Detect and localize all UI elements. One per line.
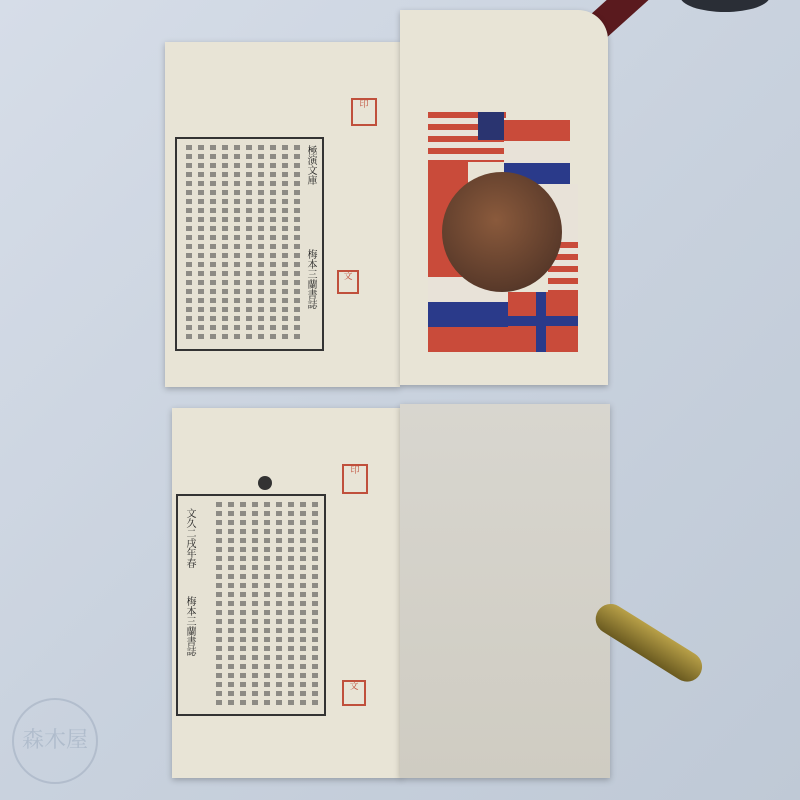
top-book-right-page [400, 10, 608, 385]
top-book-left-page: 印 文 極演文庫 梅本三蘭書誌 [165, 42, 400, 387]
flag-collage [428, 112, 578, 352]
book-header: 極演文庫 [303, 145, 318, 185]
author-signature: 梅本三蘭書誌 [303, 249, 318, 309]
collector-seal: 印 [342, 464, 368, 494]
text-block: 文久二戌年春 梅本三蘭書誌 [176, 494, 326, 716]
globe-illustration [442, 172, 562, 292]
shop-watermark: 森木屋 [12, 698, 98, 784]
flag-uk [508, 292, 578, 352]
collector-seal-small: 文 [342, 680, 366, 706]
text-block: 極演文庫 梅本三蘭書誌 [175, 137, 324, 351]
date-line: 文久二戌年春 [182, 508, 197, 568]
collector-seal: 印 [351, 98, 377, 126]
bottom-book-right-page [400, 404, 610, 778]
author-signature: 梅本三蘭書誌 [182, 596, 197, 656]
round-emblem [258, 476, 272, 490]
collector-seal-small: 文 [337, 270, 359, 294]
flag-usa [428, 112, 506, 162]
dark-round-object [680, 0, 770, 12]
bottom-book-left-page: 印 文 文久二戌年春 梅本三蘭書誌 [172, 408, 402, 778]
